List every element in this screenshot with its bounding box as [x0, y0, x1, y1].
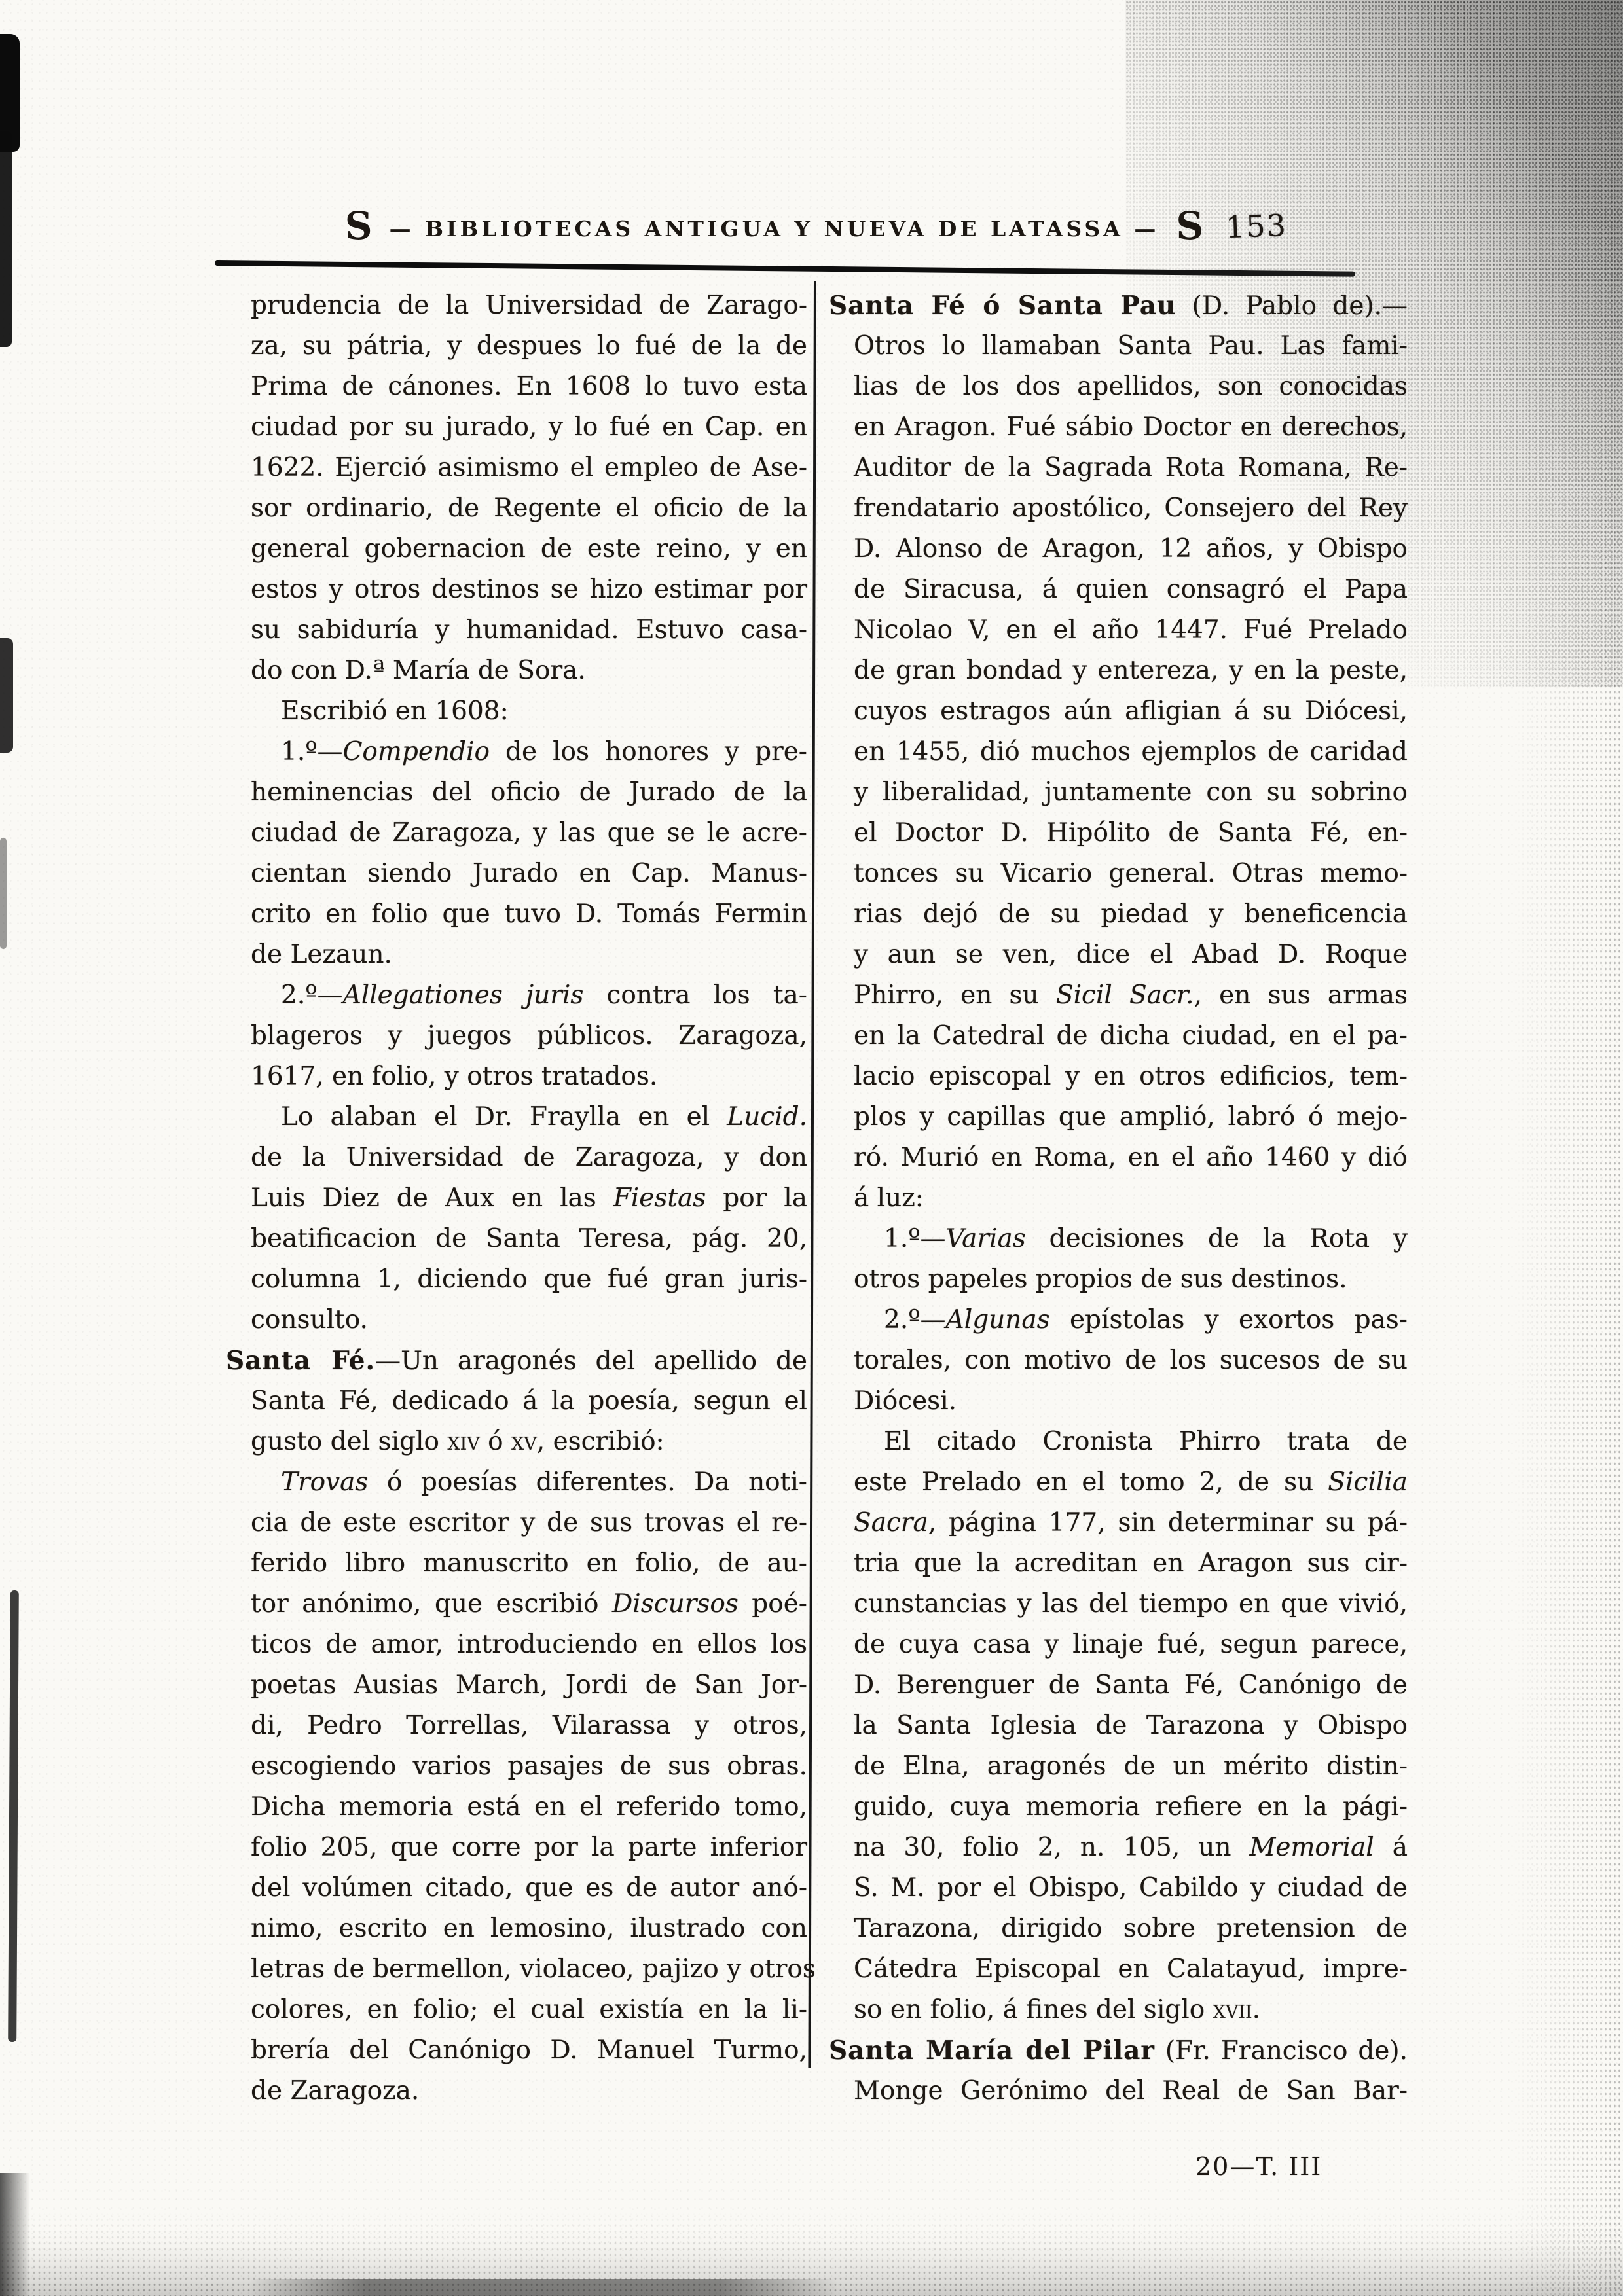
- text-line: consulto.: [226, 1300, 807, 1340]
- text-line: columna 1, diciendo que fué gran juris-: [226, 1259, 807, 1300]
- text-line: letras de bermellon, violaceo, pajizo y …: [226, 1949, 807, 1990]
- text-line: so en folio, á fines del siglo xvii.: [829, 1990, 1408, 2030]
- text-line: de cuya casa y linaje fué, segun parece,: [829, 1624, 1408, 1665]
- text-line: 2.º—Allegationes juris contra los ta-: [226, 975, 807, 1016]
- text-line: de Lezaun.: [226, 935, 807, 975]
- text-line: ciudad por su jurado, y lo fué en Cap. e…: [226, 407, 807, 448]
- text-line: 1617, en folio, y otros tratados.: [226, 1056, 807, 1097]
- entry-heading-line: Santa Fé.—Un aragonés del apellido de: [226, 1340, 807, 1381]
- scan-noise-right-edge: [1512, 0, 1623, 2296]
- running-head: S — BIBLIOTECAS ANTIGUA Y NUEVA DE LATAS…: [393, 204, 1156, 242]
- text-line: cunstancias y las del tiempo en que vivi…: [829, 1584, 1408, 1624]
- binding-mark: [0, 131, 12, 347]
- text-line: beatificacion de Santa Teresa, pág. 20,: [226, 1219, 807, 1259]
- text-line: do con D.ª María de Sora.: [226, 651, 807, 691]
- text-line: de Zaragoza.: [226, 2071, 807, 2111]
- text-line: brería del Canónigo D. Manuel Turmo,: [226, 2030, 807, 2071]
- section-letter-right: S: [1176, 207, 1203, 245]
- text-line: y aun se ven, dice el Abad D. Roque: [829, 935, 1408, 975]
- text-line: nimo, escrito en lemosino, ilustrado con: [226, 1909, 807, 1949]
- text-line: rias dejó de su piedad y beneficencia: [829, 894, 1408, 935]
- text-line: Santa Fé, dedicado á la poesía, segun el: [226, 1381, 807, 1422]
- text-line: del volúmen citado, que es de autor anó-: [226, 1868, 807, 1909]
- text-line: Sacra, página 177, sin determinar su pá-: [829, 1503, 1408, 1543]
- entry-heading-line: Santa María del Pilar (Fr. Francisco de)…: [829, 2030, 1408, 2071]
- text-line: tonces su Vicario general. Otras memo-: [829, 853, 1408, 894]
- entry-heading-line: Santa Fé ó Santa Pau (D. Pablo de).—: [829, 285, 1408, 326]
- text-line: estos y otros destinos se hizo estimar p…: [226, 569, 807, 610]
- text-line: tria que la acreditan en Aragon sus cir-: [829, 1543, 1408, 1584]
- text-line: 1.º—Varias decisiones de la Rota y: [829, 1219, 1408, 1259]
- text-line: S. M. por el Obispo, Cabildo y ciudad de: [829, 1868, 1408, 1909]
- text-line: general gobernacion de este reino, y en: [226, 529, 807, 569]
- text-line: D. Alonso de Aragon, 12 años, y Obispo: [829, 529, 1408, 569]
- text-line: Dicha memoria está en el referido tomo,: [226, 1787, 807, 1827]
- text-line: lacio episcopal y en otros edificios, te…: [829, 1056, 1408, 1097]
- text-line: en 1455, dió muchos ejemplos de caridad: [829, 732, 1408, 772]
- text-line: de gran bondad y entereza, y en la peste…: [829, 651, 1408, 691]
- text-line: di, Pedro Torrellas, Vilarassa y otros,: [226, 1706, 807, 1746]
- text-line: Trovas ó poesías diferentes. Da noti-: [226, 1462, 807, 1503]
- text-line: El citado Cronista Phirro trata de: [829, 1422, 1408, 1462]
- text-line: heminencias del oficio de Jurado de la: [226, 772, 807, 813]
- text-line: Cátedra Episcopal en Calatayud, impre-: [829, 1949, 1408, 1990]
- scanned-book-page: S — BIBLIOTECAS ANTIGUA Y NUEVA DE LATAS…: [0, 0, 1623, 2296]
- text-line: la Santa Iglesia de Tarazona y Obispo: [829, 1706, 1408, 1746]
- text-line: Prima de cánones. En 1608 lo tuvo esta: [226, 367, 807, 407]
- header-rule: [215, 260, 1355, 277]
- text-line: cientan siendo Jurado en Cap. Manus-: [226, 853, 807, 894]
- text-line: blageros y juegos públicos. Zaragoza,: [226, 1016, 807, 1056]
- text-line: de la Universidad de Zaragoza, y don: [226, 1138, 807, 1178]
- scan-noise-bottom-edge: [0, 2211, 1623, 2296]
- binding-mark: [0, 638, 13, 753]
- text-line: este Prelado en el tomo 2, de su Sicilia: [829, 1462, 1408, 1503]
- text-line: Lo alaban el Dr. Fraylla en el Lucid.: [226, 1097, 807, 1138]
- binding-mark: [0, 838, 7, 949]
- text-line: Diócesi.: [829, 1381, 1408, 1422]
- text-line: frendatario apostólico, Consejero del Re…: [829, 488, 1408, 529]
- text-line: de Siracusa, á quien consagró el Papa: [829, 569, 1408, 610]
- text-line: de Elna, aragonés de un mérito distin-: [829, 1746, 1408, 1787]
- text-line: crito en folio que tuvo D. Tomás Fermin: [226, 894, 807, 935]
- text-line: su sabiduría y humanidad. Estuvo casa-: [226, 610, 807, 651]
- text-line: en la Catedral de dicha ciudad, en el pa…: [829, 1016, 1408, 1056]
- right-column: Santa Fé ó Santa Pau (D. Pablo de).—Otro…: [829, 285, 1408, 2111]
- text-line: folio 205, que corre por la parte inferi…: [226, 1827, 807, 1868]
- binding-mark: [8, 1590, 19, 2042]
- text-line: poetas Ausias March, Jordi de San Jor-: [226, 1665, 807, 1706]
- signature-mark: 20—T. III: [1195, 2152, 1322, 2181]
- binding-mark: [0, 34, 20, 152]
- text-line: y liberalidad, juntamente con su sobrino: [829, 772, 1408, 813]
- text-line: 2.º—Algunas epístolas y exortos pas-: [829, 1300, 1408, 1340]
- text-line: ferido libro manuscrito en folio, de au-: [226, 1543, 807, 1584]
- text-line: torales, con motivo de los sucesos de su: [829, 1340, 1408, 1381]
- text-line: Phirro, en su Sicil Sacr., en sus armas: [829, 975, 1408, 1016]
- text-line: escogiendo varios pasajes de sus obras.: [226, 1746, 807, 1787]
- section-letter-left: S: [345, 207, 373, 245]
- left-column: prudencia de la Universidad de Zarago-za…: [226, 285, 807, 2111]
- page-number: 153: [1225, 207, 1311, 245]
- text-line: Auditor de la Sagrada Rota Romana, Re-: [829, 448, 1408, 488]
- text-line: el Doctor D. Hipólito de Santa Fé, en-: [829, 813, 1408, 853]
- text-line: en Aragon. Fué sábio Doctor en derechos,: [829, 407, 1408, 448]
- text-line: cuyos estragos aún afligian á su Diócesi…: [829, 691, 1408, 732]
- text-line: á luz:: [829, 1178, 1408, 1219]
- text-line: tor anónimo, que escribió Discursos poé-: [226, 1584, 807, 1624]
- text-line: D. Berenguer de Santa Fé, Canónigo de: [829, 1665, 1408, 1706]
- text-line: za, su pátria, y despues lo fué de la de: [226, 326, 807, 367]
- text-line: prudencia de la Universidad de Zarago-: [226, 285, 807, 326]
- text-line: Otros lo llamaban Santa Pau. Las fami-: [829, 326, 1408, 367]
- text-line: ticos de amor, introduciendo en ellos lo…: [226, 1624, 807, 1665]
- binding-mark: [0, 2173, 30, 2296]
- column-divider-rule: [808, 281, 816, 2068]
- text-line: plos y capillas que amplió, labró ó mejo…: [829, 1097, 1408, 1138]
- text-line: ciudad de Zaragoza, y las que se le acre…: [226, 813, 807, 853]
- text-line: Monge Gerónimo del Real de San Bar-: [829, 2071, 1408, 2111]
- text-line: 1622. Ejerció asimismo el empleo de Ase-: [226, 448, 807, 488]
- text-line: colores, en folio; el cual existía en la…: [226, 1990, 807, 2030]
- text-line: 1.º—Compendio de los honores y pre-: [226, 732, 807, 772]
- text-line: Tarazona, dirigido sobre pretension de: [829, 1909, 1408, 1949]
- text-line: gusto del siglo xiv ó xv, escribió:: [226, 1422, 807, 1462]
- text-line: ró. Murió en Roma, en el año 1460 y dió: [829, 1138, 1408, 1178]
- text-line: cia de este escritor y de sus trovas el …: [226, 1503, 807, 1543]
- text-line: Nicolao V, en el año 1447. Fué Prelado: [829, 610, 1408, 651]
- text-line: otros papeles propios de sus destinos.: [829, 1259, 1408, 1300]
- book-title: — BIBLIOTECAS ANTIGUA Y NUEVA DE LATASSA…: [390, 216, 1159, 242]
- text-line: Escribió en 1608:: [226, 691, 807, 732]
- scan-smudge-bottom: [249, 2279, 838, 2296]
- text-line: guido, cuya memoria refiere en la pági-: [829, 1787, 1408, 1827]
- text-line: Luis Diez de Aux en las Fiestas por la: [226, 1178, 807, 1219]
- text-line: na 30, folio 2, n. 105, un Memorial á: [829, 1827, 1408, 1868]
- text-line: sor ordinario, de Regente el oficio de l…: [226, 488, 807, 529]
- text-line: lias de los dos apellidos, son conocidas: [829, 367, 1408, 407]
